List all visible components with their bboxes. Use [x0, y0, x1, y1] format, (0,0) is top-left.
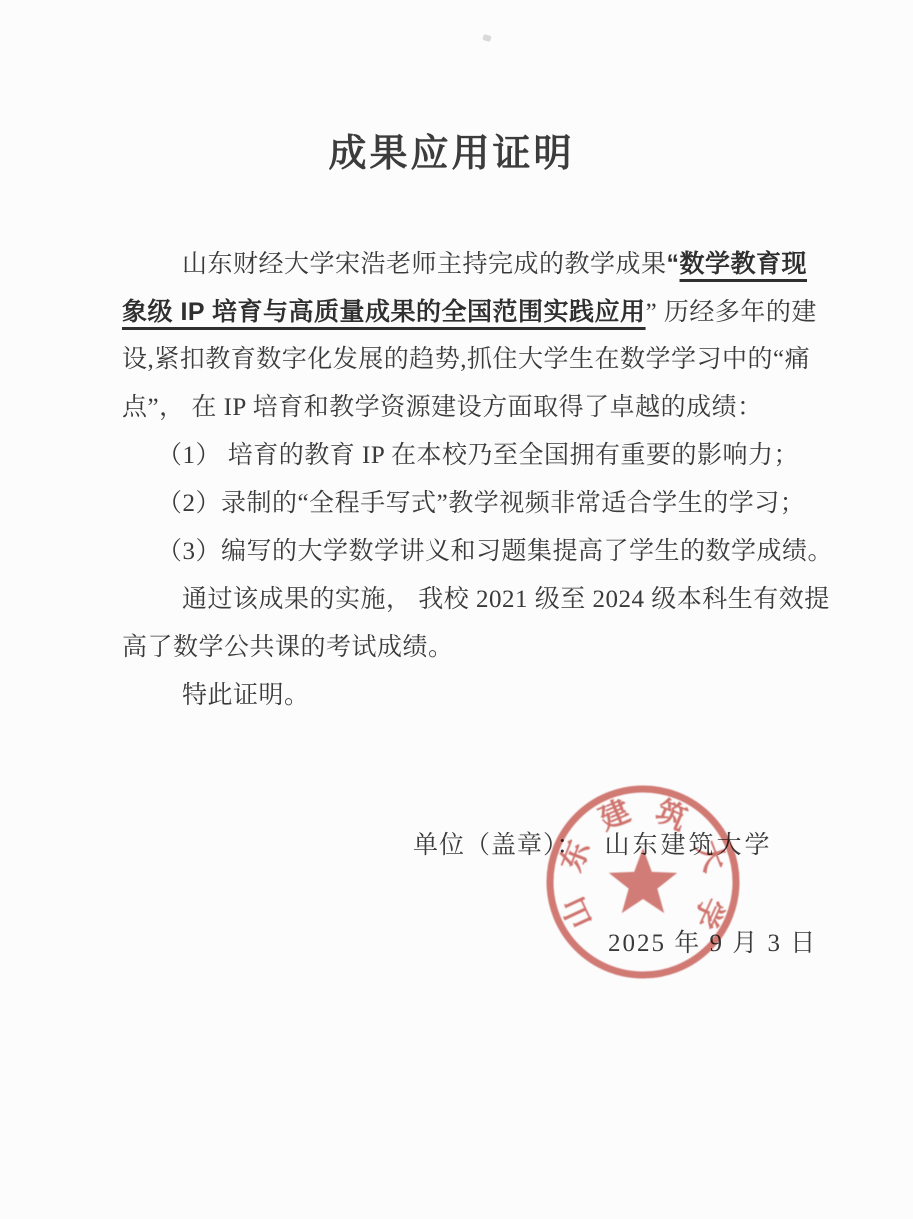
paragraph1-line2: 象级 IP 培育与高质量成果的全国范围实践应用” 历经多年的建	[122, 288, 838, 336]
official-seal-stamp: 山 东 建 筑 大 学	[533, 772, 753, 992]
list-item-2: （2）录制的“全程手写式”教学视频非常适合学生的学习；	[122, 480, 838, 528]
page-title: 成果应用证明	[0, 128, 903, 180]
body-text-run: 山东财经大学宋浩老师主持完成的教学成果	[182, 251, 667, 278]
list-item-3: （3）编写的大学数学讲义和习题集提高了学生的数学成绩。	[122, 528, 838, 576]
body-text: 山东财经大学宋浩老师主持完成的教学成果“数学教育现 象级 IP 培育与高质量成果…	[122, 240, 838, 720]
opening-quote: “	[667, 250, 680, 278]
paragraph1-line3: 设,紧扣教育数字化发展的趋势,抓住大学生在数学学习中的“痛	[122, 336, 838, 384]
scan-artifact	[482, 34, 491, 42]
paragraph2-line1: 通过该成果的实施， 我校 2021 级至 2024 级本科生有效提	[122, 576, 838, 624]
seal-star-icon	[609, 848, 677, 913]
certificate-page: 成果应用证明 山东财经大学宋浩老师主持完成的教学成果“数学教育现 象级 IP 培…	[0, 0, 913, 1219]
achievement-title-part1: 数学教育现	[680, 250, 808, 278]
paragraph1-line1: 山东财经大学宋浩老师主持完成的教学成果“数学教育现	[122, 240, 838, 288]
achievement-title-part2: 象级 IP 培育与高质量成果的全国范围实践应用	[122, 298, 646, 326]
body-text-run: 历经多年的建	[657, 299, 817, 326]
list-item-1: （1） 培育的教育 IP 在本校乃至全国拥有重要的影响力；	[122, 432, 838, 480]
paragraph1-line4: 点”， 在 IP 培育和教学资源建设方面取得了卓越的成绩：	[122, 384, 838, 432]
paragraph2-line2: 高了数学公共课的考试成绩。	[122, 624, 838, 672]
closing-quote: ”	[646, 299, 658, 326]
closing-statement: 特此证明。	[122, 672, 838, 720]
